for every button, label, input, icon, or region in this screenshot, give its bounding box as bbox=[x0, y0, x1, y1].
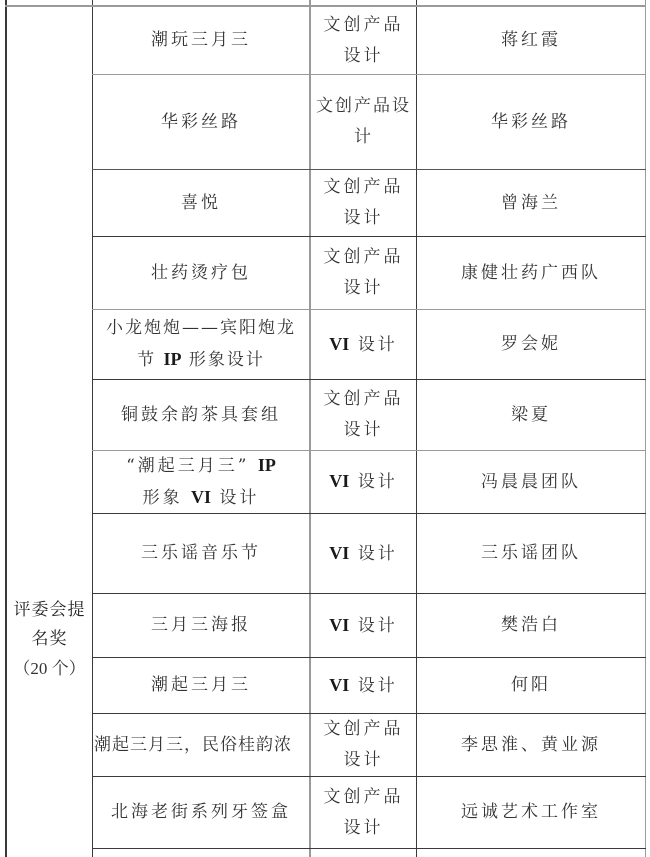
category-line1: 文创产品 bbox=[324, 177, 404, 197]
table-row-work: 潮玩三月三 bbox=[93, 7, 309, 74]
category-text: 设计 bbox=[349, 335, 397, 355]
row-divider bbox=[92, 848, 646, 849]
table-row-work: 三月三海报 bbox=[93, 594, 309, 657]
category-line2: 设计 bbox=[344, 750, 384, 770]
table-row-category: VI 设计 bbox=[311, 451, 416, 513]
award-group-count: （20 个） bbox=[13, 659, 85, 678]
work-title-line1-part: “潮起三月三” bbox=[126, 456, 258, 476]
table-row-work: 华彩丝路 bbox=[93, 75, 309, 169]
award-table: 评委会提 名奖 （20 个） 潮玩三月三 文创产品设计 蒋红霞 华彩丝路 文创产… bbox=[0, 0, 650, 857]
table-row-work: 小龙炮炮——宾阳炮龙节 IP 形象设计 bbox=[93, 310, 309, 379]
author-name: 梁夏 bbox=[511, 400, 551, 431]
author-name: 康健壮药广西队 bbox=[461, 258, 601, 289]
category-text: 设计 bbox=[349, 616, 397, 636]
table-row-category: 文创产品设计 bbox=[311, 380, 416, 450]
work-title: 华彩丝路 bbox=[161, 107, 241, 138]
table-row-author: 蒋红霞 bbox=[417, 7, 645, 74]
author-name: 曾海兰 bbox=[501, 188, 561, 219]
category-latin: VI bbox=[329, 334, 349, 354]
work-title: 三月三海报 bbox=[151, 610, 251, 641]
work-title-line2-latin: VI bbox=[191, 487, 211, 507]
category-latin: VI bbox=[329, 615, 349, 635]
category-line2: 设计 bbox=[344, 818, 384, 838]
table-row-category: VI 设计 bbox=[311, 514, 416, 593]
table-row-author: 罗会妮 bbox=[417, 310, 645, 379]
table-row-work: “潮起三月三” IP形象 VI 设计 bbox=[93, 451, 309, 513]
author-name: 远诚艺术工作室 bbox=[461, 797, 601, 828]
table-row-category: VI 设计 bbox=[311, 594, 416, 657]
category-latin: VI bbox=[329, 543, 349, 563]
category-line1: 文创产品 bbox=[324, 247, 404, 267]
category-line2: 计 bbox=[354, 127, 373, 147]
author-name: 冯晨晨团队 bbox=[481, 467, 581, 498]
table-row-work: 北海老街系列牙签盒 bbox=[93, 777, 309, 848]
table-row-category: VI 设计 bbox=[311, 310, 416, 379]
table-row-category: 文创产品设计 bbox=[311, 170, 416, 236]
table-row-category: 文创产品设计 bbox=[311, 75, 416, 169]
table-row-category: 文创产品设计 bbox=[311, 777, 416, 848]
category-text: 设计 bbox=[349, 544, 397, 564]
category-line2: 设计 bbox=[344, 420, 384, 440]
author-name: 何阳 bbox=[511, 670, 551, 701]
category-text: 设计 bbox=[349, 676, 397, 696]
table-row-work: 三乐谣音乐节 bbox=[93, 514, 309, 593]
table-border-right bbox=[645, 0, 646, 857]
author-name: 樊浩白 bbox=[501, 610, 561, 641]
work-title: 铜鼓余韵茶具套组 bbox=[121, 400, 281, 431]
table-row-author: 华彩丝路 bbox=[417, 75, 645, 169]
category-line1: 文创产品 bbox=[324, 15, 404, 35]
work-title: 潮起三月三 bbox=[151, 670, 251, 701]
work-title-line2-part: 节 bbox=[137, 350, 163, 370]
category-line2: 设计 bbox=[344, 208, 384, 228]
table-row-category: 文创产品设计 bbox=[311, 714, 416, 776]
work-title: 喜悦 bbox=[181, 188, 221, 219]
table-row-author: 梁夏 bbox=[417, 380, 645, 450]
category-line1: 文创产品 bbox=[324, 787, 404, 807]
category-line2: 设计 bbox=[344, 46, 384, 66]
category-line1: 文创产品 bbox=[324, 389, 404, 409]
table-row-work: 潮起三月三，民俗桂韵浓 bbox=[93, 714, 309, 776]
category-line1: 文创产品设 bbox=[316, 96, 411, 116]
category-latin: VI bbox=[329, 471, 349, 491]
work-title-line2-latin: IP bbox=[164, 349, 182, 369]
table-row-author: 远诚艺术工作室 bbox=[417, 777, 645, 848]
table-row-author: 曾海兰 bbox=[417, 170, 645, 236]
category-text: 设计 bbox=[349, 472, 397, 492]
award-group-cell: 评委会提 名奖 （20 个） bbox=[7, 590, 92, 690]
work-title-line1: 小龙炮炮——宾阳炮龙 bbox=[106, 318, 296, 338]
author-name: 华彩丝路 bbox=[491, 107, 571, 138]
table-row-work: 壮药烫疗包 bbox=[93, 237, 309, 309]
work-title-line2-part: 形象 bbox=[143, 488, 191, 508]
author-name: 三乐谣团队 bbox=[481, 538, 581, 569]
table-row-work: 潮起三月三 bbox=[93, 658, 309, 713]
work-title-line2-part: 形象设计 bbox=[182, 350, 265, 370]
table-row-author: 冯晨晨团队 bbox=[417, 451, 645, 513]
table-row-category: 文创产品设计 bbox=[311, 7, 416, 74]
table-row-category: VI 设计 bbox=[311, 658, 416, 713]
author-name: 罗会妮 bbox=[501, 329, 561, 360]
table-row-author: 三乐谣团队 bbox=[417, 514, 645, 593]
table-row-author: 康健壮药广西队 bbox=[417, 237, 645, 309]
table-row-author: 李思淮、黄业源 bbox=[417, 714, 645, 776]
category-latin: VI bbox=[329, 675, 349, 695]
work-title: 潮玩三月三 bbox=[151, 25, 251, 56]
award-group-line2: 名奖 bbox=[32, 629, 68, 649]
category-line2: 设计 bbox=[344, 278, 384, 298]
table-row-author: 何阳 bbox=[417, 658, 645, 713]
table-row-work: 喜悦 bbox=[93, 170, 309, 236]
work-title-line2-part: 设计 bbox=[211, 488, 259, 508]
author-name: 李思淮、黄业源 bbox=[461, 730, 601, 761]
work-title: 壮药烫疗包 bbox=[151, 258, 251, 289]
table-row-category: 文创产品设计 bbox=[311, 237, 416, 309]
award-group-line1: 评委会提 bbox=[14, 600, 86, 620]
table-border-left bbox=[5, 0, 7, 857]
table-row-work: 铜鼓余韵茶具套组 bbox=[93, 380, 309, 450]
work-title: 北海老街系列牙签盒 bbox=[111, 797, 291, 828]
table-row-author: 樊浩白 bbox=[417, 594, 645, 657]
work-title-line1-latin: IP bbox=[258, 455, 276, 475]
work-title: 三乐谣音乐节 bbox=[141, 538, 261, 569]
author-name: 蒋红霞 bbox=[501, 25, 561, 56]
category-line1: 文创产品 bbox=[324, 719, 404, 739]
work-title: 潮起三月三，民俗桂韵浓 bbox=[94, 730, 292, 761]
